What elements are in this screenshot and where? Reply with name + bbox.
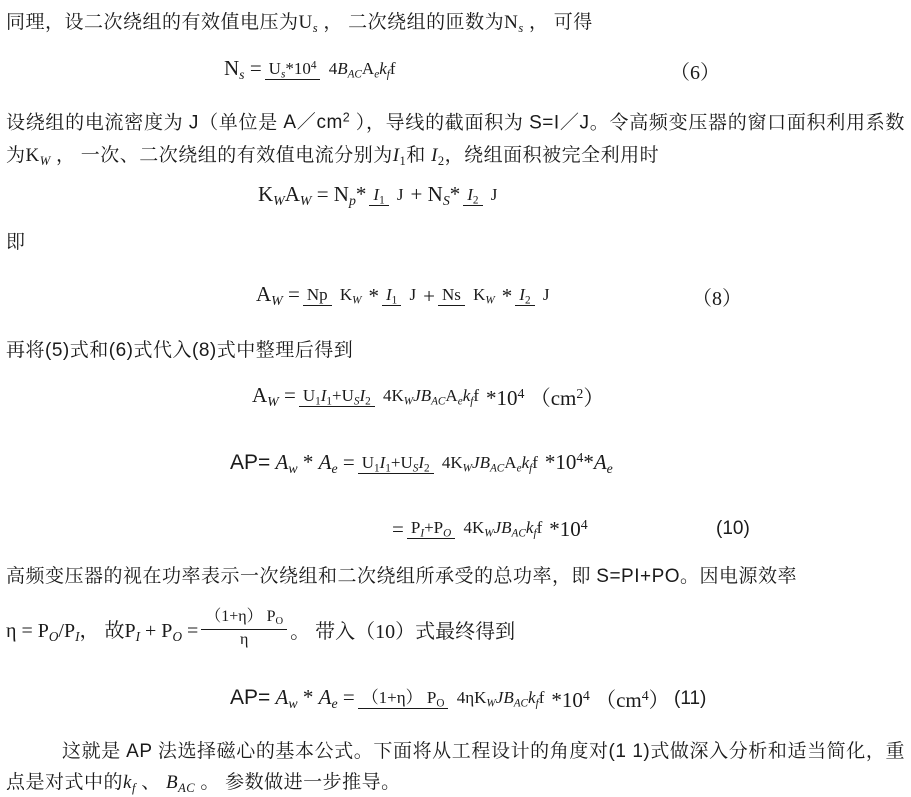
eq10-numerator: PI+PO xyxy=(407,518,455,539)
eq7-fraction-2: I2 J xyxy=(463,185,501,207)
equation-window-area-body: KWAW = Np* I1 J + NS* I2 J xyxy=(258,182,504,209)
equation-8-body: AW = Np KW * I1 J + Ns KW * I2 J xyxy=(256,282,556,309)
eq6-fraction: Us*104 4BACAekff xyxy=(265,59,400,81)
eq9b-lhs: AP= Aw * Ae = xyxy=(230,450,355,477)
eq8-fraction-3: Ns KW xyxy=(438,285,499,307)
eq10-rhs: *104 xyxy=(549,517,587,542)
eq10-fraction: PI+PO 4KWJBACkff xyxy=(407,518,546,540)
eq8-plus: + xyxy=(423,284,435,309)
equation-aw-cm2: AW = U1I1+USI2 4KWJBACAekff *104 （cm2） xyxy=(0,368,911,426)
eq9b-numerator: U1I1+USI2 xyxy=(358,453,434,474)
eq11-numerator: （1+η） PO xyxy=(358,688,449,709)
equation-8-number: （8） xyxy=(692,282,742,311)
eta-fraction: （1+η） PO η xyxy=(201,608,287,650)
para-conclusion: 这就是 AP 法选择磁心的基本公式。下面将从工程设计的角度对(1 1)式做深入分… xyxy=(6,736,905,797)
eta-rhs: 。 带入（10）式最终得到 xyxy=(290,615,515,644)
eq8-star-2: * xyxy=(502,284,513,309)
eq10-equals: = xyxy=(392,517,404,542)
eq10-denominator: 4KWJBACkff xyxy=(459,517,546,537)
eq9-denominator: 4KWJBACAekff xyxy=(379,385,483,405)
para-current-density: 设绕组的电流密度为 J（单位是 A／cm2 ），导线的截面积为 S=I／J。令高… xyxy=(6,102,905,178)
eq6-lhs: Ns = xyxy=(224,56,262,83)
eq8-f3-num: Ns xyxy=(438,285,465,306)
eq7-f2-den: J xyxy=(487,184,502,204)
eq9b-rhs: *104*Ae xyxy=(545,450,613,477)
eq8-f2-num: I1 xyxy=(382,285,401,306)
equation-6: Ns = Us*104 4BACAekff （6） xyxy=(0,40,911,100)
eq7-f1-num: I1 xyxy=(369,185,388,206)
equation-11-number: (11) xyxy=(674,688,706,710)
eq8-fraction-1: Np KW xyxy=(303,285,366,307)
eq7-plus: + NS* xyxy=(411,182,461,209)
equation-8: AW = Np KW * I1 J + Ns KW * I2 J （8） xyxy=(0,266,911,326)
para-efficiency-line: η = PO/PI， 故PI + PO = （1+η） PO η 。 带入（10… xyxy=(6,598,515,660)
eq11-lhs: AP= Aw * Ae = xyxy=(230,685,355,712)
document-page: 同理，设二次绕组的有效值电压为Us ， 二次绕组的匝数为Ns ， 可得 Ns =… xyxy=(0,0,911,797)
eq8-lhs: AW = xyxy=(256,282,300,309)
eq7-f1-den: J xyxy=(393,184,408,204)
eq9-numerator: U1I1+USI2 xyxy=(299,386,375,407)
eq11-fraction: （1+η） PO 4ηKWJBACkff xyxy=(358,688,549,710)
eq9-rhs: *104 （cm2） xyxy=(486,382,604,412)
eq8-f1-num: Np xyxy=(303,285,332,306)
eq7-lhs: KWAW = Np* xyxy=(258,182,366,209)
eq8-fraction-4: I2 J xyxy=(515,285,553,307)
para-substitute: 再将(5)式和(6)式代入(8)式中整理后得到 xyxy=(6,334,905,367)
eq7-f2-num: I2 xyxy=(463,185,482,206)
eq8-fraction-2: I1 J xyxy=(382,285,420,307)
para-namely: 即 xyxy=(6,226,905,259)
eq8-star-1: * xyxy=(368,284,379,309)
equation-11-body: AP= Aw * Ae = （1+η） PO 4ηKWJBACkff *104 … xyxy=(230,684,670,714)
equation-aw-cm2-body: AW = U1I1+USI2 4KWJBACAekff *104 （cm2） xyxy=(252,382,604,412)
equation-ap-expanded-body: AP= Aw * Ae = U1I1+USI2 4KWJBACAekff *10… xyxy=(230,450,613,477)
eta-numerator: （1+η） PO xyxy=(201,608,287,630)
eq6-denominator: 4BACAekff xyxy=(325,58,400,78)
equation-6-body: Ns = Us*104 4BACAekff xyxy=(224,56,403,83)
eq8-f1-den: KW xyxy=(336,284,366,304)
eq6-numerator: Us*104 xyxy=(265,59,321,80)
equation-10: = PI+PO 4KWJBACkff *104 (10) xyxy=(0,500,911,558)
eta-lhs: η = PO/PI， 故PI + PO = xyxy=(6,614,198,645)
eq8-f4-num: I2 xyxy=(515,285,534,306)
para-secondary-voltage: 同理，设二次绕组的有效值电压为Us ， 二次绕组的匝数为Ns ， 可得 xyxy=(6,6,905,45)
eta-denominator: η xyxy=(236,630,252,649)
eq11-rhs: *104 （cm4） xyxy=(551,684,669,714)
eq9b-denominator: 4KWJBACAekff xyxy=(438,452,542,472)
eq11-denominator: 4ηKWJBACkff xyxy=(453,687,549,707)
equation-10-number: (10) xyxy=(716,518,750,540)
eq9b-fraction: U1I1+USI2 4KWJBACAekff xyxy=(358,453,542,475)
equation-ap-expanded: AP= Aw * Ae = U1I1+USI2 4KWJBACAekff *10… xyxy=(0,434,911,494)
equation-window-area: KWAW = Np* I1 J + NS* I2 J xyxy=(0,170,911,222)
para-apparent-power: 高频变压器的视在功率表示一次绕组和二次绕组所承受的总功率，即 S=PI+PO。因… xyxy=(6,560,905,593)
equation-6-number: （6） xyxy=(670,56,720,85)
equation-11: AP= Aw * Ae = （1+η） PO 4ηKWJBACkff *104 … xyxy=(0,668,911,730)
eq8-f2-den: J xyxy=(406,284,421,304)
eq9-lhs: AW = xyxy=(252,383,296,410)
eq9-fraction: U1I1+USI2 4KWJBACAekff xyxy=(299,386,483,408)
eq8-f4-den: J xyxy=(539,284,554,304)
eq8-f3-den: KW xyxy=(469,284,499,304)
equation-10-body: = PI+PO 4KWJBACkff *104 xyxy=(392,517,588,542)
eq7-fraction-1: I1 J xyxy=(369,185,407,207)
